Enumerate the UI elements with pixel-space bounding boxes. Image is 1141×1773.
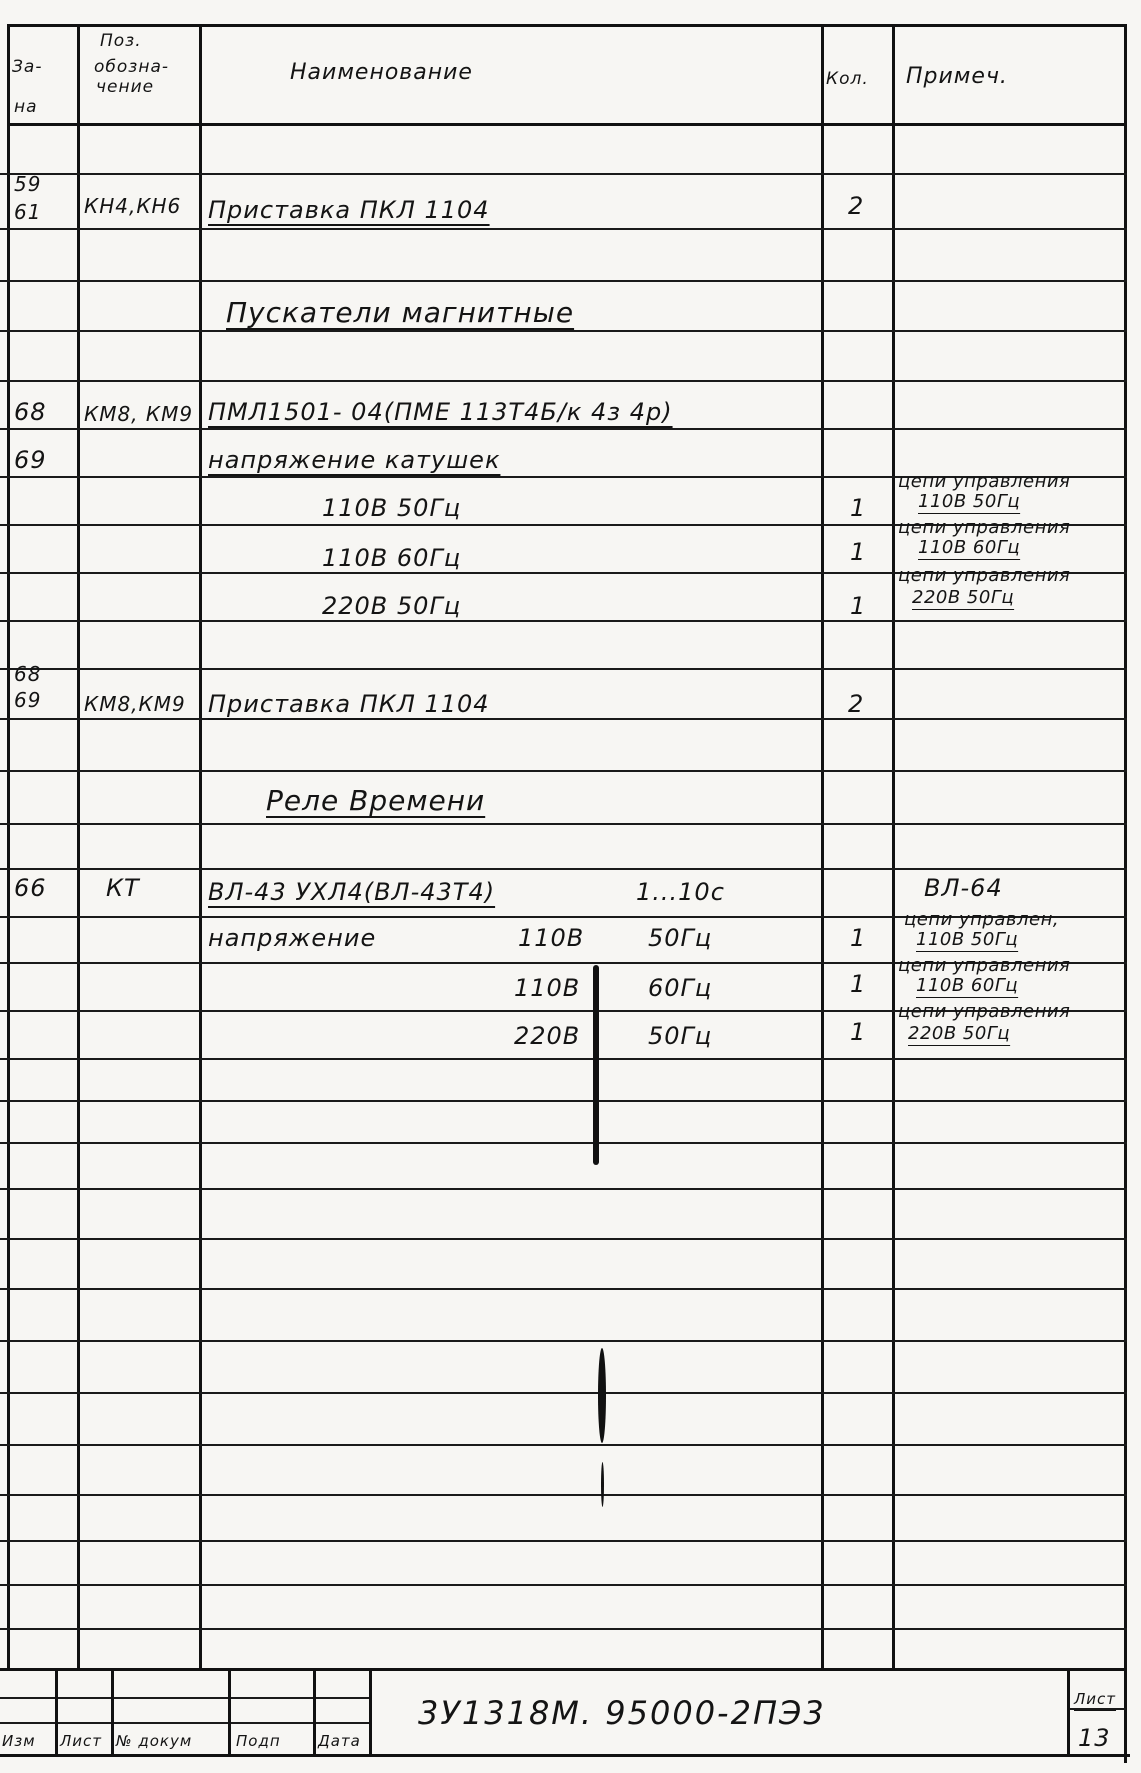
row3-zone: 68: [14, 398, 47, 426]
row8-zone: 69: [14, 688, 41, 712]
title-block-bottom: [0, 1754, 1130, 1757]
row-rule-line: [0, 620, 1127, 622]
scan-artifact: [601, 1462, 604, 1507]
row-rule-line: [0, 330, 1127, 332]
row8-name: Приставка ПКЛ 1104: [208, 690, 490, 718]
row6-note-line2: 110В 60Гц: [918, 538, 1020, 557]
row13-frequency: 50Гц: [648, 1022, 712, 1050]
scan-artifact: [593, 965, 599, 1165]
row11-note-line2: 110В 50Гц: [916, 930, 1018, 949]
row13-qty: 1: [850, 1018, 866, 1046]
sheet-label: Лист: [1074, 1690, 1116, 1708]
row8-pos: КМ8,КМ9: [84, 692, 186, 716]
row1-name: Приставка ПКЛ 1104: [208, 196, 490, 224]
tb-divider: [313, 1668, 316, 1756]
row4-name: напряжение катушек: [208, 446, 500, 474]
row12-note-line2: 110В 60Гц: [916, 976, 1018, 995]
row-rule-line: [0, 1628, 1127, 1630]
row3-pos: КМ8, КМ9: [84, 402, 193, 426]
tb-divider: [111, 1668, 114, 1756]
document-number: 3У1318М. 95000-2ПЭ3: [418, 1694, 826, 1732]
row10-pos: КТ: [106, 874, 140, 902]
row13-note-line1: цепи управления: [898, 1002, 1070, 1021]
title-block-top: [0, 1668, 1127, 1671]
row11-voltage: 110В: [518, 924, 584, 952]
row-rule-line: [0, 228, 1127, 230]
row-rule-line: [0, 173, 1127, 175]
tb-divider: [369, 1668, 372, 1756]
header-bottom: [7, 123, 1127, 126]
tb-label-doc-no: № докум: [116, 1732, 192, 1750]
tb-divider: [55, 1668, 58, 1756]
row-rule-line: [0, 668, 1127, 670]
tb-label-signature: Подп: [236, 1732, 281, 1750]
tb-divider: [1067, 1668, 1070, 1756]
row13-note-line2: 220В 50Гц: [908, 1024, 1010, 1043]
header-zone-line2: на: [14, 98, 38, 116]
tb-divider: [228, 1668, 231, 1756]
row6-qty: 1: [850, 538, 866, 566]
header-pos-line2: обозна-: [94, 58, 169, 76]
row5-note-line1: цепи управления: [898, 472, 1070, 491]
row12-note-line1: цепи управления: [898, 956, 1070, 975]
col-divider-name: [821, 25, 824, 1670]
row-rule-line: [0, 1188, 1127, 1190]
col-divider-zone: [77, 25, 80, 1670]
header-name: Наименование: [290, 60, 473, 85]
row7-name: 220В 50Гц: [322, 592, 461, 620]
row8-qty: 2: [848, 690, 864, 718]
row11-note-line1: цепи управлен,: [904, 910, 1059, 929]
row-rule-line: [0, 1494, 1127, 1496]
row1-zone: 61: [14, 200, 41, 224]
sheet-label-line: [1070, 1708, 1126, 1710]
row-rule-line: [0, 770, 1127, 772]
row-rule-line: [0, 1238, 1127, 1240]
frame-left: [7, 25, 10, 1670]
row1-pos: КН4,КН6: [84, 194, 181, 218]
header-qty: Кол.: [826, 70, 869, 88]
row11-frequency: 50Гц: [648, 924, 712, 952]
row-rule-line: [0, 868, 1127, 870]
row-rule-line: [0, 1392, 1127, 1394]
row7-note-line1: цепи управления: [898, 566, 1070, 585]
row5-note-line2: 110В 50Гц: [918, 492, 1020, 511]
row-rule-line: [0, 1540, 1127, 1542]
header-pos-line1: Поз.: [100, 32, 142, 50]
header-pos-line3: чение: [96, 78, 154, 96]
row3-name: ПМЛ1501- 04(ПМЕ 113Т4Б/к 4з 4р): [208, 398, 673, 426]
row-rule-line: [0, 428, 1127, 430]
row12-frequency: 60Гц: [648, 974, 712, 1002]
section-heading-time-relays: Реле Времени: [266, 784, 485, 817]
row-rule-line: [0, 718, 1127, 720]
row7-note-line2: 220В 50Гц: [912, 588, 1014, 607]
tb-label-change: Изм: [2, 1732, 36, 1750]
row5-name: 110В 50Гц: [322, 494, 461, 522]
tb-label-sheet: Лист: [60, 1732, 102, 1750]
col-divider-qty: [892, 25, 895, 1670]
row10-note: ВЛ-64: [924, 874, 1003, 902]
row-rule-line: [0, 1142, 1127, 1144]
row12-qty: 1: [850, 970, 866, 998]
header-zone-line1: За-: [12, 58, 42, 76]
row8-zone-top: 68: [14, 662, 41, 686]
row-rule-line: [0, 1340, 1127, 1342]
specification-sheet: За- на Поз. обозна- чение Наименование К…: [0, 0, 1141, 1773]
row12-voltage: 110В: [514, 974, 580, 1002]
tb-label-date: Дата: [318, 1732, 361, 1750]
row4-zone: 69: [14, 446, 47, 474]
section-heading-starters: Пускатели магнитные: [226, 296, 574, 329]
row-rule-line: [0, 1058, 1127, 1060]
row-rule-line: [0, 1100, 1127, 1102]
row-rule-line: [0, 280, 1127, 282]
row-rule-line: [0, 380, 1127, 382]
row1-qty: 2: [848, 192, 864, 220]
row-rule-line: [0, 1584, 1127, 1586]
frame-top: [7, 24, 1127, 27]
row5-qty: 1: [850, 494, 866, 522]
row10-zone: 66: [14, 874, 47, 902]
row10-name: ВЛ-43 УХЛ4(ВЛ-43Т4): [208, 878, 495, 906]
row10-range: 1...10с: [636, 878, 725, 906]
row-rule-line: [0, 823, 1127, 825]
row6-name: 110В 60Гц: [322, 544, 461, 572]
frame-right: [1124, 25, 1127, 1763]
row7-qty: 1: [850, 592, 866, 620]
sheet-number: 13: [1078, 1724, 1111, 1752]
row11-qty: 1: [850, 924, 866, 952]
row-rule-line: [0, 1288, 1127, 1290]
col-divider-pos: [199, 25, 202, 1670]
row11-name: напряжение: [208, 924, 376, 952]
row6-note-line1: цепи управления: [898, 518, 1070, 537]
row-rule-line: [0, 1444, 1127, 1446]
header-note: Примеч.: [906, 64, 1008, 89]
scan-artifact: [598, 1348, 606, 1443]
row1-zone-top: 59: [14, 172, 41, 196]
row13-voltage: 220В: [514, 1022, 580, 1050]
